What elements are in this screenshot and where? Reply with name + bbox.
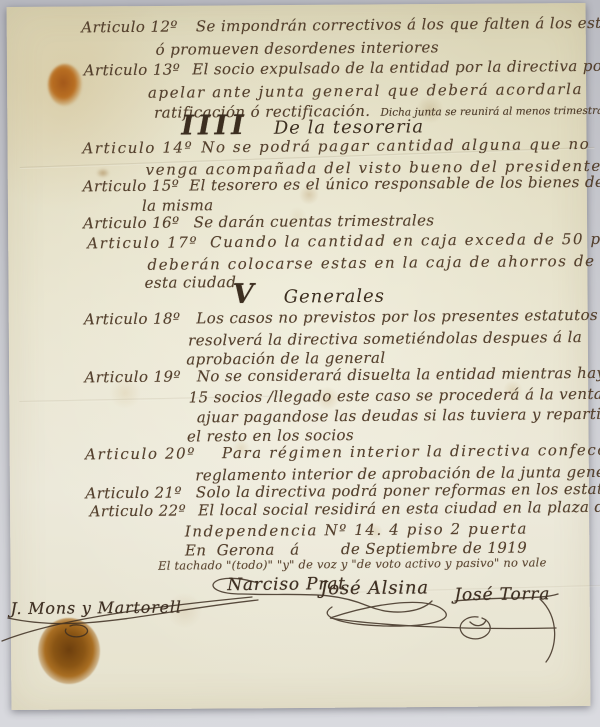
line-text: El socio expulsado de la entidad por la …: [192, 57, 600, 79]
article-label: Articulo 16º: [83, 214, 180, 233]
manuscript-line: Articulo 19ºNo se considerará disuelta l…: [84, 364, 600, 387]
section-title: De la tesoreria: [274, 116, 425, 138]
line-text: 15 socios /llegado este caso se proceder…: [189, 384, 600, 406]
line-text: apelar ante junta general que deberá aco…: [148, 80, 583, 102]
article-label: Articulo 20º: [85, 444, 196, 463]
manuscript-line: esta ciudad: [145, 273, 237, 292]
manuscript-line: Independencia Nº 14. 4 piso 2 puerta: [185, 519, 528, 540]
line-text: la misma: [142, 196, 214, 215]
manuscript-line: resolverá la directiva sometiéndolas des…: [188, 328, 582, 349]
manuscript-line: Articulo 14ºNo se podrá pagar cantidad a…: [82, 135, 590, 157]
line-text: ó promueven desordenes interiores: [155, 38, 438, 58]
line-text: Para régimen interior la directiva confe…: [222, 440, 600, 462]
manuscript-line: ajuar pagandose las deudas si las tuvier…: [197, 404, 600, 426]
line-text: Los casos no previstos por los presentes…: [196, 306, 600, 328]
article-label: Articulo 19º: [84, 368, 181, 387]
line-text: No se podrá pagar cantidad alguna que no: [201, 135, 590, 156]
line-text: Se darán cuentas trimestrales: [193, 211, 434, 231]
manuscript-line: 15 socios /llegado este caso se proceder…: [189, 384, 600, 406]
document-photo: Articulo 12ºSe impondrán correctivos á l…: [0, 0, 600, 727]
article-label: Articulo 13º: [84, 61, 181, 80]
section-title: Generales: [284, 286, 385, 308]
line-text: deberán colocarse estas en la caja de ah…: [147, 252, 595, 274]
signature: José Torra: [454, 584, 550, 605]
manuscript-line: El tachado "(todo)" "y" de voz y "de vot…: [158, 555, 547, 572]
line-text: Se impondrán correctivos á los que falte…: [196, 13, 600, 35]
line-text: El tesorero es el único responsable de l…: [189, 173, 600, 195]
article-label: Articulo 22º: [90, 501, 187, 520]
section-heading: VGenerales: [233, 278, 385, 310]
manuscript-line: Articulo 20ºPara régimen interior la dir…: [85, 440, 600, 463]
line-text: Cuando la cantidad en caja exceda de 50 …: [210, 230, 600, 252]
signature: José Alsina: [320, 577, 429, 599]
manuscript-line: deberán colocarse estas en la caja de ah…: [147, 252, 595, 274]
manuscript-line: la misma: [142, 196, 214, 215]
section-numeral: IIII: [181, 110, 248, 142]
line-text: resolverá la directiva sometiéndolas des…: [188, 328, 582, 349]
signature: J. Mons y Martorell: [10, 598, 181, 618]
manuscript-line: Articulo 12ºSe impondrán correctivos á l…: [81, 13, 600, 36]
manuscript-line: apelar ante junta general que deberá aco…: [148, 80, 583, 102]
manuscript-line: Articulo 16ºSe darán cuentas trimestrale…: [83, 211, 435, 232]
line-text: Independencia Nº 14. 4 piso 2 puerta: [185, 519, 528, 540]
line-text: No se considerará disuelta la entidad mi…: [197, 364, 600, 386]
manuscript-line: ó promueven desordenes interiores: [155, 38, 438, 58]
section-numeral: V: [233, 279, 258, 310]
manuscript-line: Articulo 15ºEl tesorero es el único resp…: [83, 173, 600, 196]
manuscript-line: Articulo 22ºEl local social residirá en …: [90, 498, 600, 521]
line-text: El tachado "(todo)" "y" de voz y "de vot…: [158, 555, 547, 572]
article-label: Articulo 18º: [84, 310, 181, 329]
manuscript-line: Articulo 17ºCuando la cantidad en caja e…: [87, 230, 600, 253]
line-text: ajuar pagandose las deudas si las tuvier…: [197, 404, 600, 426]
article-label: Articulo 21º: [85, 484, 182, 503]
article-label: Articulo 17º: [87, 233, 198, 252]
manuscript-line: Articulo 18ºLos casos no previstos por l…: [84, 306, 600, 329]
manuscript-line: Articulo 13ºEl socio expulsado de la ent…: [84, 57, 600, 80]
line-text: El local social residirá en esta ciudad …: [198, 498, 600, 520]
article-label: Articulo 14º: [82, 138, 193, 157]
line-text: esta ciudad: [145, 273, 237, 292]
manuscript-text-layer: Articulo 12ºSe impondrán correctivos á l…: [0, 0, 600, 727]
article-label: Articulo 12º: [81, 18, 178, 37]
article-label: Articulo 15º: [83, 177, 180, 196]
